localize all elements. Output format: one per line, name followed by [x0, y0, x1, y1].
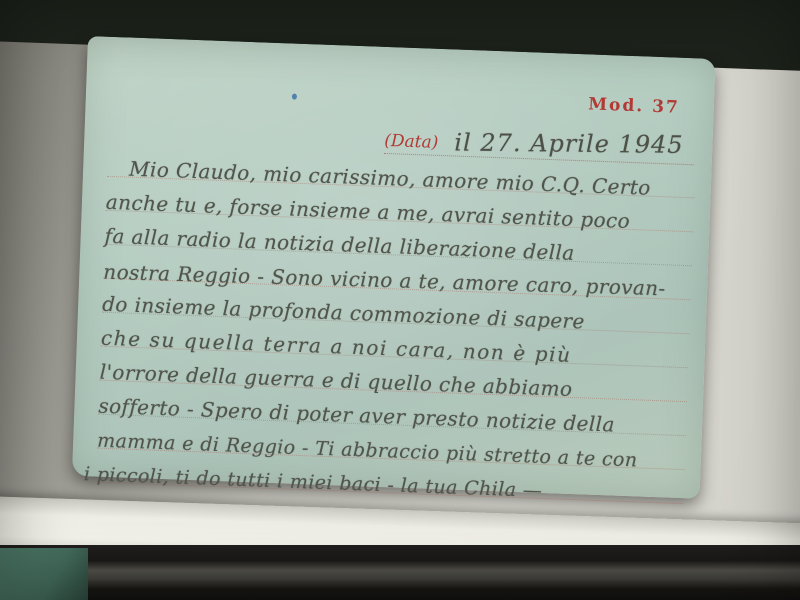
handwritten-body: Mio Claudo, mio carissimo, amore mio C.Q… — [96, 143, 696, 504]
data-field-label: (Data) — [384, 131, 439, 153]
photo-postcard-scene: Mod. 37 (Data) il 27. Aprile 1945 Mio Cl… — [0, 0, 800, 600]
green-object-bottom-left — [0, 548, 88, 600]
postcard: Mod. 37 (Data) il 27. Aprile 1945 Mio Cl… — [72, 36, 716, 499]
handwritten-date: il 27. Aprile 1945 — [454, 128, 683, 158]
shelf-shadow-bands — [0, 545, 800, 600]
blue-ink-speck — [292, 94, 297, 100]
model-number-label: Mod. 37 — [588, 94, 680, 117]
